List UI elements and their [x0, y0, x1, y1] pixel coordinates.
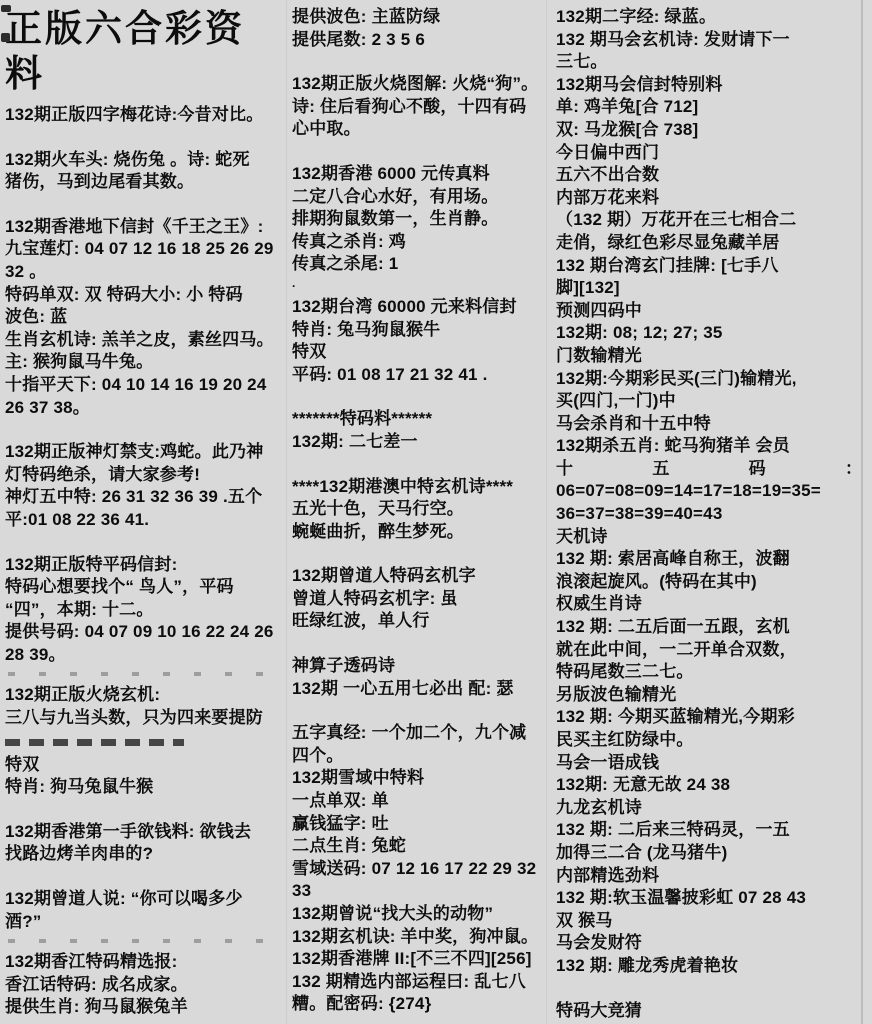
scan-speck — [1, 5, 11, 12]
text-line: 波色: 蓝 — [5, 306, 285, 329]
text-line: 提供波色: 主蓝防绿 — [292, 6, 546, 29]
dashes-scan-artifact — [8, 672, 282, 676]
text-line: 132期:今期彩民买(三门)输精光, — [556, 368, 868, 391]
text-line: 132 期: 今期买蓝输精光,今期彩 — [556, 706, 868, 729]
text-line: 酒?” — [5, 911, 285, 934]
text-line: 三八与九当头数，只为四来要提防 — [5, 707, 285, 730]
text-line: 马会杀肖和十五中特 — [556, 413, 868, 436]
text-line: 28 39。 — [5, 644, 285, 667]
text-line: 32 。 — [5, 261, 285, 284]
text-line: 脚][132] — [556, 277, 868, 300]
text-line: 132期正版神灯禁支:鸡蛇。此乃神 — [5, 441, 285, 464]
text-line: 猪伤，马到边尾看其数。 — [5, 171, 285, 194]
text-line: 132期 一心五用七必出 配: 瑟 — [292, 678, 546, 701]
text-line: 132期: 08; 12; 27; 35 — [556, 322, 868, 345]
text-line: 五六不出合数 — [556, 164, 868, 187]
text-line: 民买主红防绿中。 — [556, 729, 868, 752]
text-line: 加得三二合 (龙马猪牛) — [556, 842, 868, 865]
text-line: 132 期:软玉温馨披彩虹 07 28 43 — [556, 887, 868, 910]
lottery-info-sheet: 正版六合彩资料132期正版四字梅花诗:今昔对比。132期火车头: 烧伤兔 。诗:… — [0, 0, 872, 1024]
text-line: 132期马会信封特别料 — [556, 74, 868, 97]
text-line: 蜿蜒曲折，醉生梦死。 — [292, 521, 546, 544]
text-line: 传真之杀尾: 1 — [292, 253, 546, 276]
text-line: ****132期港澳中特玄机诗**** — [292, 476, 546, 499]
text-line: 传真之杀肖: 鸡 — [292, 231, 546, 254]
text-line: 特肖: 狗马兔鼠牛猴 — [5, 776, 285, 799]
text-line: 二点生肖: 兔蛇 — [292, 835, 546, 858]
text-line: 132期香港地下信封《千王之王》: — [5, 216, 285, 239]
text-line: 预测四码中 — [556, 300, 868, 323]
text-line: 三七。 — [556, 51, 868, 74]
text-line: 香江话特码: 成名成家。 — [5, 974, 285, 997]
text-line: 诗: 住后看狗心不酸，十四有码 — [292, 96, 546, 119]
text-line: 买(四门,一门)中 — [556, 390, 868, 413]
text-line: “四”，本期: 十二。 — [5, 599, 285, 622]
text-line: 132 期: 二后来三特码灵，一五 — [556, 819, 868, 842]
text-line: 132期正版特平码信封: — [5, 554, 285, 577]
page-title: 正版六合彩资 — [5, 6, 285, 51]
text-line: 单: 鸡羊兔[合 712] — [556, 96, 868, 119]
text-line: 天机诗 — [556, 526, 868, 549]
text-line: *******特码料****** — [292, 408, 546, 431]
text-line: 平:01 08 22 36 41. — [5, 509, 285, 532]
text-line: 马会发财符 — [556, 932, 868, 955]
text-line: 主: 猴狗鼠马牛兔。 — [5, 351, 285, 374]
text-line: 36=37=38=39=40=43 — [556, 503, 868, 526]
text-line: 132期香港 6000 元传真料 — [292, 163, 546, 186]
text-line: 就在此中间，一二开单合双数， — [556, 639, 868, 662]
middle-column: 提供波色: 主蓝防绿提供尾数: 2 3 5 6132期正版火烧图解: 火烧“狗”… — [292, 6, 546, 1024]
text-line: 132 期精选内部运程曰: 乱七八 — [292, 971, 546, 994]
text-line: 心中取。 — [292, 118, 546, 141]
text-line: 132期火车头: 烧伤兔 。诗: 蛇死 — [5, 149, 285, 172]
text-line: 132期雪域中特料 — [292, 767, 546, 790]
text-line: 十指平天下: 04 10 14 16 19 20 24 — [5, 374, 285, 397]
text-line: 走俏，绿红色彩尽显兔藏羊居 — [556, 232, 868, 255]
text-line: 内部精选劲料 — [556, 865, 868, 888]
text-line: 马会一语成钱 — [556, 752, 868, 775]
text-line: 132期二字经: 绿蓝。 — [556, 6, 868, 29]
page-title: 料 — [5, 51, 285, 96]
text-line: 132 期: 雕龙秀虎着艳妆 — [556, 955, 868, 978]
text-line: 特码大竞猜 — [556, 1000, 868, 1023]
text-line: 132期香江特码精选报: — [5, 951, 285, 974]
text-line: 26 37 38。 — [5, 397, 285, 420]
text-line: 五光十色，天马行空。 — [292, 498, 546, 521]
text-line: 九宝莲灯: 04 07 12 16 18 25 26 29 — [5, 238, 285, 261]
text-line: 九龙玄机诗 — [556, 797, 868, 820]
text-line: 神灯五中特: 26 31 32 36 39 .五个 — [5, 486, 285, 509]
text-line: 双 猴马 — [556, 910, 868, 933]
text-line: 糟。配密码: {274} — [292, 993, 546, 1016]
text-line: 曾道人特码玄机字: 虽 — [292, 588, 546, 611]
text-line: 排期狗鼠数第一，生肖静。 — [292, 208, 546, 231]
text-line: 132 期台湾玄门挂牌: [七手八 — [556, 255, 868, 278]
text-line: 赢钱猛字: 吐 — [292, 813, 546, 836]
text-line: 提供尾数: 2 3 5 6 — [292, 29, 546, 52]
text-line: （132 期）万花开在三七相合二 — [556, 209, 868, 232]
text-line: 旺绿红波，单人行 — [292, 610, 546, 633]
text-line: 十 五 码 ： — [556, 458, 868, 481]
text-line: 提供生肖: 狗马鼠猴兔羊 — [5, 996, 285, 1019]
text-line: 132期玄机诀: 羊中奖，狗冲鼠。 — [292, 926, 546, 949]
text-line: 06=07=08=09=14=17=18=19=35= — [556, 480, 868, 503]
text-line: 132期曾说“找大头的动物” — [292, 903, 546, 926]
text-line: 另版波色输精光 — [556, 684, 868, 707]
text-line: 132期杀五肖: 蛇马狗猪羊 会员 — [556, 435, 868, 458]
text-line: 浪滚起旋风。(特码在其中) — [556, 571, 868, 594]
text-line: 平码: 01 08 17 21 32 41 . — [292, 364, 546, 387]
text-line: 特码心想要找个“ 鸟人”，平码 — [5, 576, 285, 599]
text-line: 132期香港第一手欲钱料: 欲钱去 — [5, 821, 285, 844]
text-line: 神算子透码诗 — [292, 655, 546, 678]
text-line: 内部万花来料 — [556, 187, 868, 210]
text-line: 132期香港牌 II:[不三不四][256] — [292, 948, 546, 971]
text-line: 特码单双: 双 特码大小: 小 特码 — [5, 284, 285, 307]
text-line: 特肖: 兔马狗鼠猴牛 — [292, 319, 546, 342]
text-line: 四个。 — [292, 745, 546, 768]
scan-speck — [1, 33, 10, 42]
text-line: 33 — [292, 880, 546, 903]
right-column: 132期二字经: 绿蓝。132 期马会玄机诗: 发财请下一三七。132期马会信封… — [556, 6, 868, 1024]
text-line: 132期曾道人特码玄机字 — [292, 565, 546, 588]
text-line: 132期正版火烧玄机: — [5, 684, 285, 707]
text-line: 132期: 无意无故 24 38 — [556, 774, 868, 797]
text-line: 雪域送码: 07 12 16 17 22 29 32 — [292, 858, 546, 881]
text-line: 权威生肖诗 — [556, 593, 868, 616]
dashes-scan-artifact — [8, 939, 282, 943]
text-line: 132期正版火烧图解: 火烧“狗”。 — [292, 73, 546, 96]
left-column: 正版六合彩资料132期正版四字梅花诗:今昔对比。132期火车头: 烧伤兔 。诗:… — [5, 6, 285, 1024]
text-line: 五字真经: 一个加二个，九个减 — [292, 722, 546, 745]
text-line: 生肖玄机诗: 羔羊之皮，素丝四马。 — [5, 329, 285, 352]
text-line: 特双 — [292, 341, 546, 364]
text-line: 提供号码: 04 07 09 10 16 22 24 26 — [5, 621, 285, 644]
text-line: · — [292, 276, 546, 296]
text-line: 特码尾数三二七。 — [556, 661, 868, 684]
text-line: 132期: 二七差一 — [292, 431, 546, 454]
text-line: 132 期马会玄机诗: 发财请下一 — [556, 29, 868, 52]
clipped-scan-artifact — [5, 739, 184, 746]
text-line: 双: 马龙猴[合 738] — [556, 119, 868, 142]
text-line: 二定八合心水好，有用场。 — [292, 186, 546, 209]
text-line: 一点单双: 单 — [292, 790, 546, 813]
text-line: 灯特码绝杀，请大家参考! — [5, 464, 285, 487]
text-line: 132期台湾 60000 元来料信封 — [292, 296, 546, 319]
text-line: 132期正版四字梅花诗:今昔对比。 — [5, 104, 285, 127]
text-line: 132 期: 二五后面一五跟，玄机 — [556, 616, 868, 639]
text-line: 特双 — [5, 754, 285, 777]
text-line: 今日偏中西门 — [556, 142, 868, 165]
text-line: 找路边烤羊肉串的? — [5, 843, 285, 866]
text-line: 门数输精光 — [556, 345, 868, 368]
text-line: 132期曾道人说: “你可以喝多少 — [5, 888, 285, 911]
text-line: 132 期: 索居高峰自称王，波翻 — [556, 548, 868, 571]
